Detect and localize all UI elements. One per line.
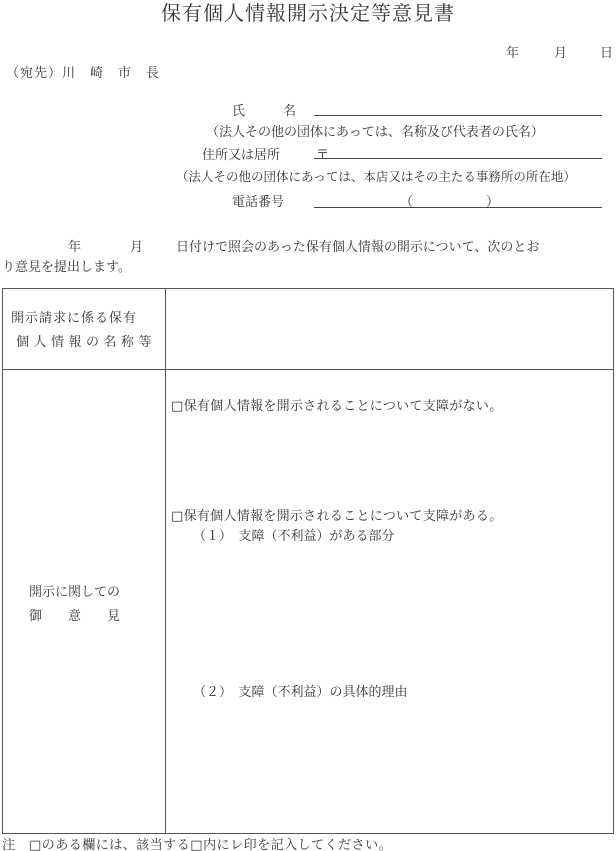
phone-label: 電話番号 xyxy=(232,191,284,210)
date-day-label: 日 xyxy=(600,42,613,61)
phone-field-line[interactable] xyxy=(314,207,602,208)
row1-label-line2: 個人情報の名称等 xyxy=(16,331,156,355)
intro-year-label: 年 xyxy=(68,236,81,255)
document-title: 保有個人情報開示決定等意見書 xyxy=(0,0,616,26)
sub-item-affected-part: （１） 支障（不利益）がある部分 xyxy=(193,525,395,549)
row1-label-line1: 開示請求に係る保有 xyxy=(11,307,137,331)
name-note: （法人その他の団体にあっては、名称及び代表者の氏名） xyxy=(206,121,544,140)
row2-label-line2: 御 意 見 xyxy=(29,605,120,629)
column-divider xyxy=(165,289,166,833)
address-field-line[interactable] xyxy=(314,158,602,159)
opinion-table: 開示請求に係る保有 個人情報の名称等 開示に関しての 御 意 見 □保有個人情報… xyxy=(2,288,614,834)
intro-line2: り意見を提出します。 xyxy=(2,256,131,275)
option-no-issue-checkbox[interactable]: □保有個人情報を開示されることについて支障がない。 xyxy=(171,395,503,419)
date-year-label: 年 xyxy=(506,42,519,61)
postal-mark: 〒 xyxy=(316,144,329,163)
sub-item-specific-reason: （２） 支障（不利益）の具体的理由 xyxy=(193,681,408,705)
addressee: （宛先）川 崎 市 長 xyxy=(6,62,160,81)
row2-label-line1: 開示に関しての xyxy=(29,581,120,605)
address-note: （法人その他の団体にあっては、本店又はその主たる事務所の所在地） xyxy=(176,167,576,185)
name-field-line[interactable] xyxy=(314,115,602,116)
date-month-label: 月 xyxy=(554,42,567,61)
info-name-field[interactable] xyxy=(171,293,607,365)
name-label: 氏 名 xyxy=(232,100,300,119)
row-divider xyxy=(3,369,613,370)
address-label: 住所又は居所 xyxy=(202,144,280,163)
intro-line1: 日付けで照会のあった保有個人情報の開示について、次のとお xyxy=(176,236,539,255)
intro-month-label: 月 xyxy=(130,236,143,255)
footnote: 注 □のある欄には、該当する□内にレ印を記入してください。 xyxy=(2,834,392,851)
